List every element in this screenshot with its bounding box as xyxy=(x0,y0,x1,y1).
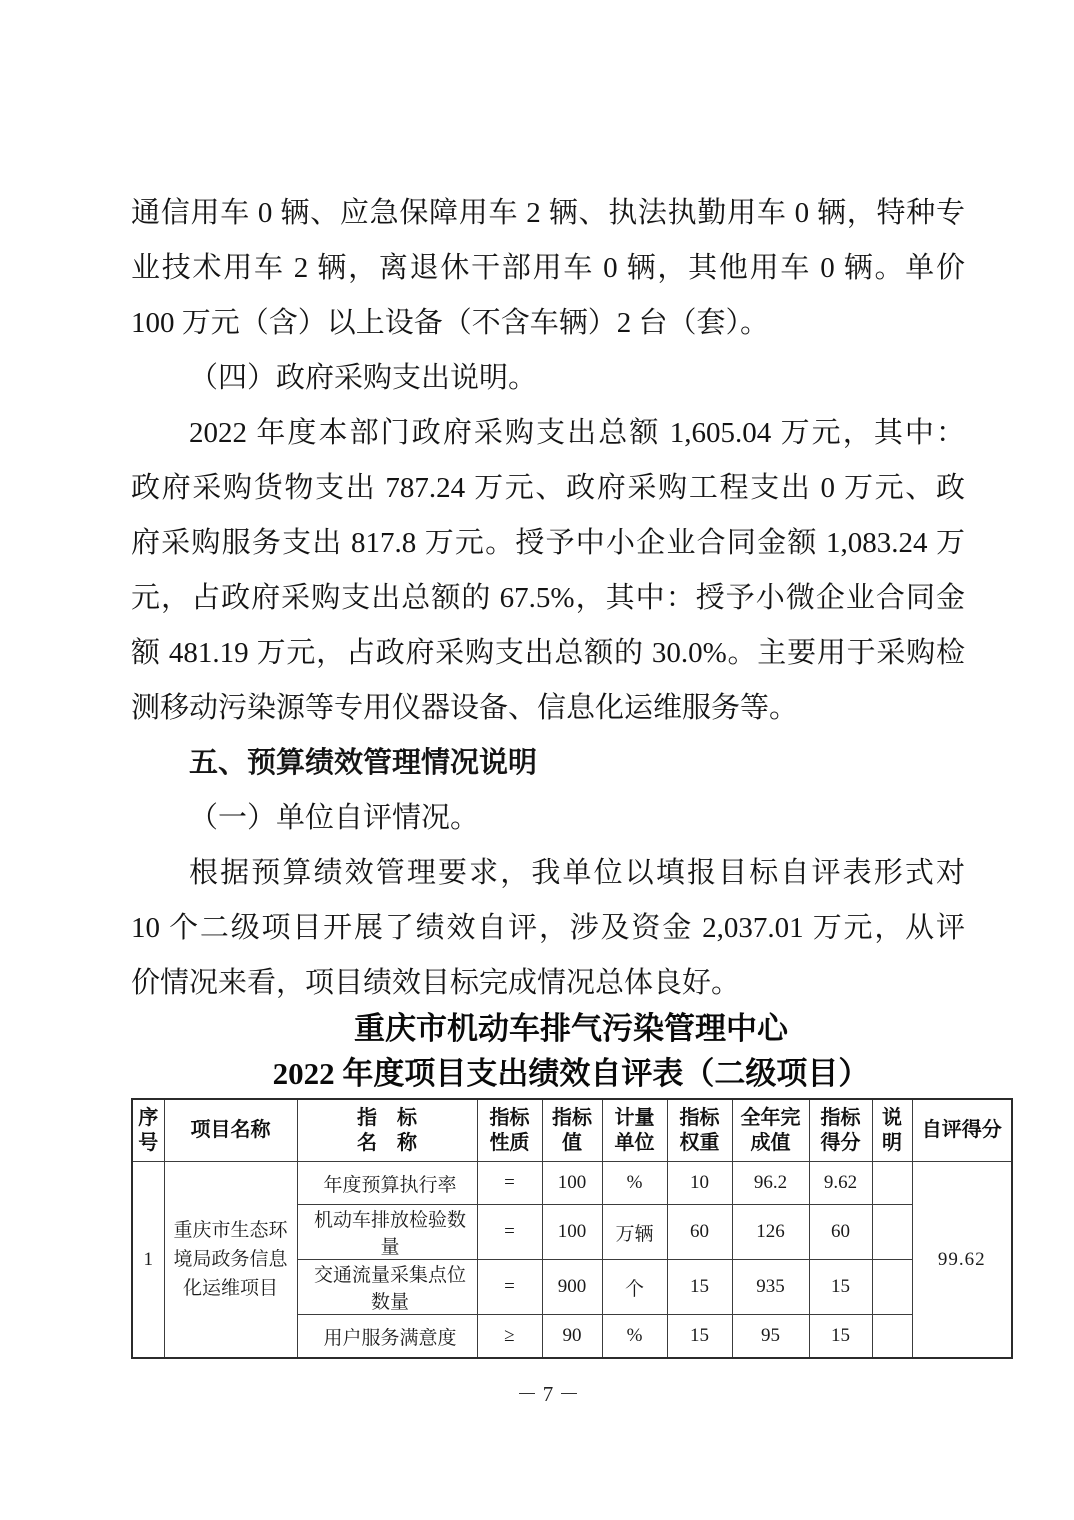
text-line: （四）政府采购支出说明。 xyxy=(131,351,965,406)
indicator-weight: 60 xyxy=(667,1205,732,1260)
self-evaluation-table: 序 号项目名称指 标 名 称指标 性质指标 值计量 单位指标 权重全年完 成值指… xyxy=(131,1098,1013,1359)
indicator-score: 60 xyxy=(809,1205,872,1260)
indicator-actual-value: 935 xyxy=(732,1260,809,1315)
project-self-score: 99.62 xyxy=(912,1162,1012,1359)
text-line: 通信用车 0 辆、应急保障用车 2 辆、执法执勤用车 0 辆，特种专 xyxy=(131,186,965,241)
indicator-name: 交通流量采集点位数量 xyxy=(297,1260,477,1315)
col-header-weight: 指标 权重 xyxy=(667,1099,732,1162)
project-name: 重庆市生态环境局政务信息化运维项目 xyxy=(164,1162,297,1359)
indicator-note xyxy=(872,1260,912,1315)
indicator-note xyxy=(872,1315,912,1359)
text-line: 业技术用车 2 辆，离退休干部用车 0 辆，其他用车 0 辆。单价 xyxy=(131,241,965,296)
indicator-score: 15 xyxy=(809,1315,872,1359)
col-header-seq: 序 号 xyxy=(132,1099,164,1162)
table-title-report-name: 2022 年度项目支出绩效自评表（二级项目） xyxy=(131,1051,1011,1096)
text-line: 政府采购货物支出 787.24 万元、政府采购工程支出 0 万元、政 xyxy=(131,461,965,516)
indicator-unit: 个 xyxy=(602,1260,667,1315)
indicator-name: 年度预算执行率 xyxy=(297,1162,477,1205)
indicator-nature: = xyxy=(477,1260,542,1315)
indicator-target-value: 900 xyxy=(542,1260,602,1315)
indicator-target-value: 100 xyxy=(542,1205,602,1260)
table-title-organization: 重庆市机动车排气污染管理中心 xyxy=(131,1006,1011,1051)
indicator-score: 9.62 xyxy=(809,1162,872,1205)
col-header-target: 指标 值 xyxy=(542,1099,602,1162)
col-header-note: 说 明 xyxy=(872,1099,912,1162)
text-line: （一）单位自评情况。 xyxy=(131,791,965,846)
page-number: － 7 － xyxy=(131,1378,965,1408)
indicator-target-value: 100 xyxy=(542,1162,602,1205)
indicator-target-value: 90 xyxy=(542,1315,602,1359)
indicator-nature: = xyxy=(477,1205,542,1260)
indicator-unit: % xyxy=(602,1315,667,1359)
col-header-score: 指标 得分 xyxy=(809,1099,872,1162)
text-line: 额 481.19 万元，占政府采购支出总额的 30.0%。主要用于采购检 xyxy=(131,626,965,681)
project-seq: 1 xyxy=(132,1162,164,1359)
document-page: 通信用车 0 辆、应急保障用车 2 辆、执法执勤用车 0 辆，特种专业技术用车 … xyxy=(0,0,1074,1520)
indicator-unit: % xyxy=(602,1162,667,1205)
indicator-actual-value: 96.2 xyxy=(732,1162,809,1205)
indicator-actual-value: 126 xyxy=(732,1205,809,1260)
col-header-actual: 全年完 成值 xyxy=(732,1099,809,1162)
indicator-name: 机动车排放检验数量 xyxy=(297,1205,477,1260)
text-line: 价情况来看，项目绩效目标完成情况总体良好。 xyxy=(131,956,965,1011)
text-line: 元，占政府采购支出总额的 67.5%，其中：授予小微企业合同金 xyxy=(131,571,965,626)
text-line: 100 万元（含）以上设备（不含车辆）2 台（套）。 xyxy=(131,296,965,351)
text-line: 根据预算绩效管理要求，我单位以填报目标自评表形式对 xyxy=(131,846,965,901)
col-header-unit: 计量 单位 xyxy=(602,1099,667,1162)
table-header-row: 序 号项目名称指 标 名 称指标 性质指标 值计量 单位指标 权重全年完 成值指… xyxy=(132,1099,1012,1162)
text-line: 测移动污染源等专用仪器设备、信息化运维服务等。 xyxy=(131,681,965,736)
col-header-selfscore: 自评得分 xyxy=(912,1099,1012,1162)
indicator-name: 用户服务满意度 xyxy=(297,1315,477,1359)
indicator-row: 1重庆市生态环境局政务信息化运维项目年度预算执行率=100%1096.29.62… xyxy=(132,1162,1012,1205)
body-text-block: 通信用车 0 辆、应急保障用车 2 辆、执法执勤用车 0 辆，特种专业技术用车 … xyxy=(131,186,965,1011)
indicator-weight: 15 xyxy=(667,1315,732,1359)
col-header-nature: 指标 性质 xyxy=(477,1099,542,1162)
table-title-block: 重庆市机动车排气污染管理中心 2022 年度项目支出绩效自评表（二级项目） xyxy=(131,1006,1011,1096)
indicator-weight: 15 xyxy=(667,1260,732,1315)
text-line: 10 个二级项目开展了绩效自评，涉及资金 2,037.01 万元，从评 xyxy=(131,901,965,956)
indicator-note xyxy=(872,1162,912,1205)
indicator-weight: 10 xyxy=(667,1162,732,1205)
indicator-actual-value: 95 xyxy=(732,1315,809,1359)
indicator-nature: ≥ xyxy=(477,1315,542,1359)
col-header-indicator: 指 标 名 称 xyxy=(297,1099,477,1162)
section-heading: 五、预算绩效管理情况说明 xyxy=(131,736,965,791)
col-header-project: 项目名称 xyxy=(164,1099,297,1162)
text-line: 2022 年度本部门政府采购支出总额 1,605.04 万元，其中： xyxy=(131,406,965,461)
text-line: 府采购服务支出 817.8 万元。授予中小企业合同金额 1,083.24 万 xyxy=(131,516,965,571)
indicator-score: 15 xyxy=(809,1260,872,1315)
indicator-unit: 万辆 xyxy=(602,1205,667,1260)
indicator-nature: = xyxy=(477,1162,542,1205)
indicator-note xyxy=(872,1205,912,1260)
